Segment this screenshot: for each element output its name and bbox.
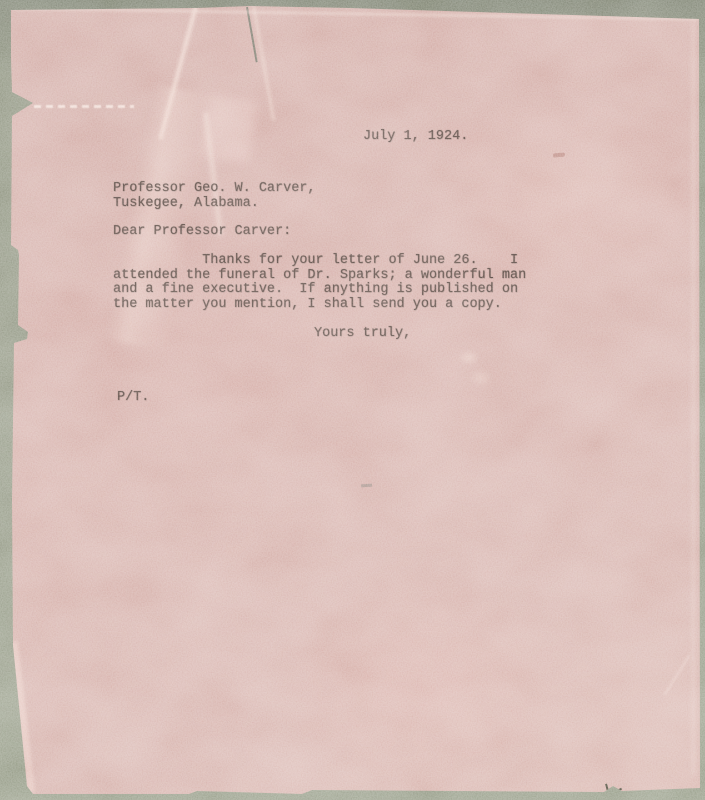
letter-paper: July 1, 1924. Professor Geo. W. Carver, … (0, 0, 705, 800)
scan-background: July 1, 1924. Professor Geo. W. Carver, … (0, 0, 705, 800)
paper-crease-fan (201, 95, 257, 163)
typist-initials: P/T. (117, 391, 149, 406)
recipient-name: Professor Geo. W. Carver, (113, 182, 316, 197)
recipient-address-block: Professor Geo. W. Carver, Tuskegee, Alab… (113, 182, 316, 211)
paper-smudge (448, 340, 508, 390)
letter-date: July 1, 1924. (363, 130, 468, 145)
letter-salutation: Dear Professor Carver: (113, 225, 291, 240)
paper-scratch-line (34, 105, 134, 108)
paper-tear-slit (246, 7, 258, 62)
paper-crease-streak (203, 112, 223, 237)
paper-crease-streak (158, 5, 198, 139)
letter-body-line: and a fine executive. If anything is pub… (113, 283, 526, 298)
paper-faint-dash-mark (361, 484, 372, 487)
paper-crease-streak (252, 6, 275, 121)
paper-bottom-ink-mark (605, 778, 622, 796)
paper-red-dash-mark (553, 152, 565, 157)
paper-corner-crease (664, 655, 690, 695)
paper-top-edge-highlight (12, 7, 698, 21)
recipient-location: Tuskegee, Alabama. (113, 197, 316, 212)
letter-body-line: Thanks for your letter of June 26. I (113, 254, 526, 269)
paper-right-edge-highlight (689, 20, 695, 775)
letter-body-line: attended the funeral of Dr. Sparks; a wo… (113, 269, 526, 284)
letter-body: Thanks for your letter of June 26. I att… (113, 254, 526, 312)
letter-body-line: the matter you mention, I shall send you… (113, 298, 526, 313)
letter-closing: Yours truly, (314, 327, 411, 342)
paper-bottom-left-edge-sliver (10, 641, 35, 793)
